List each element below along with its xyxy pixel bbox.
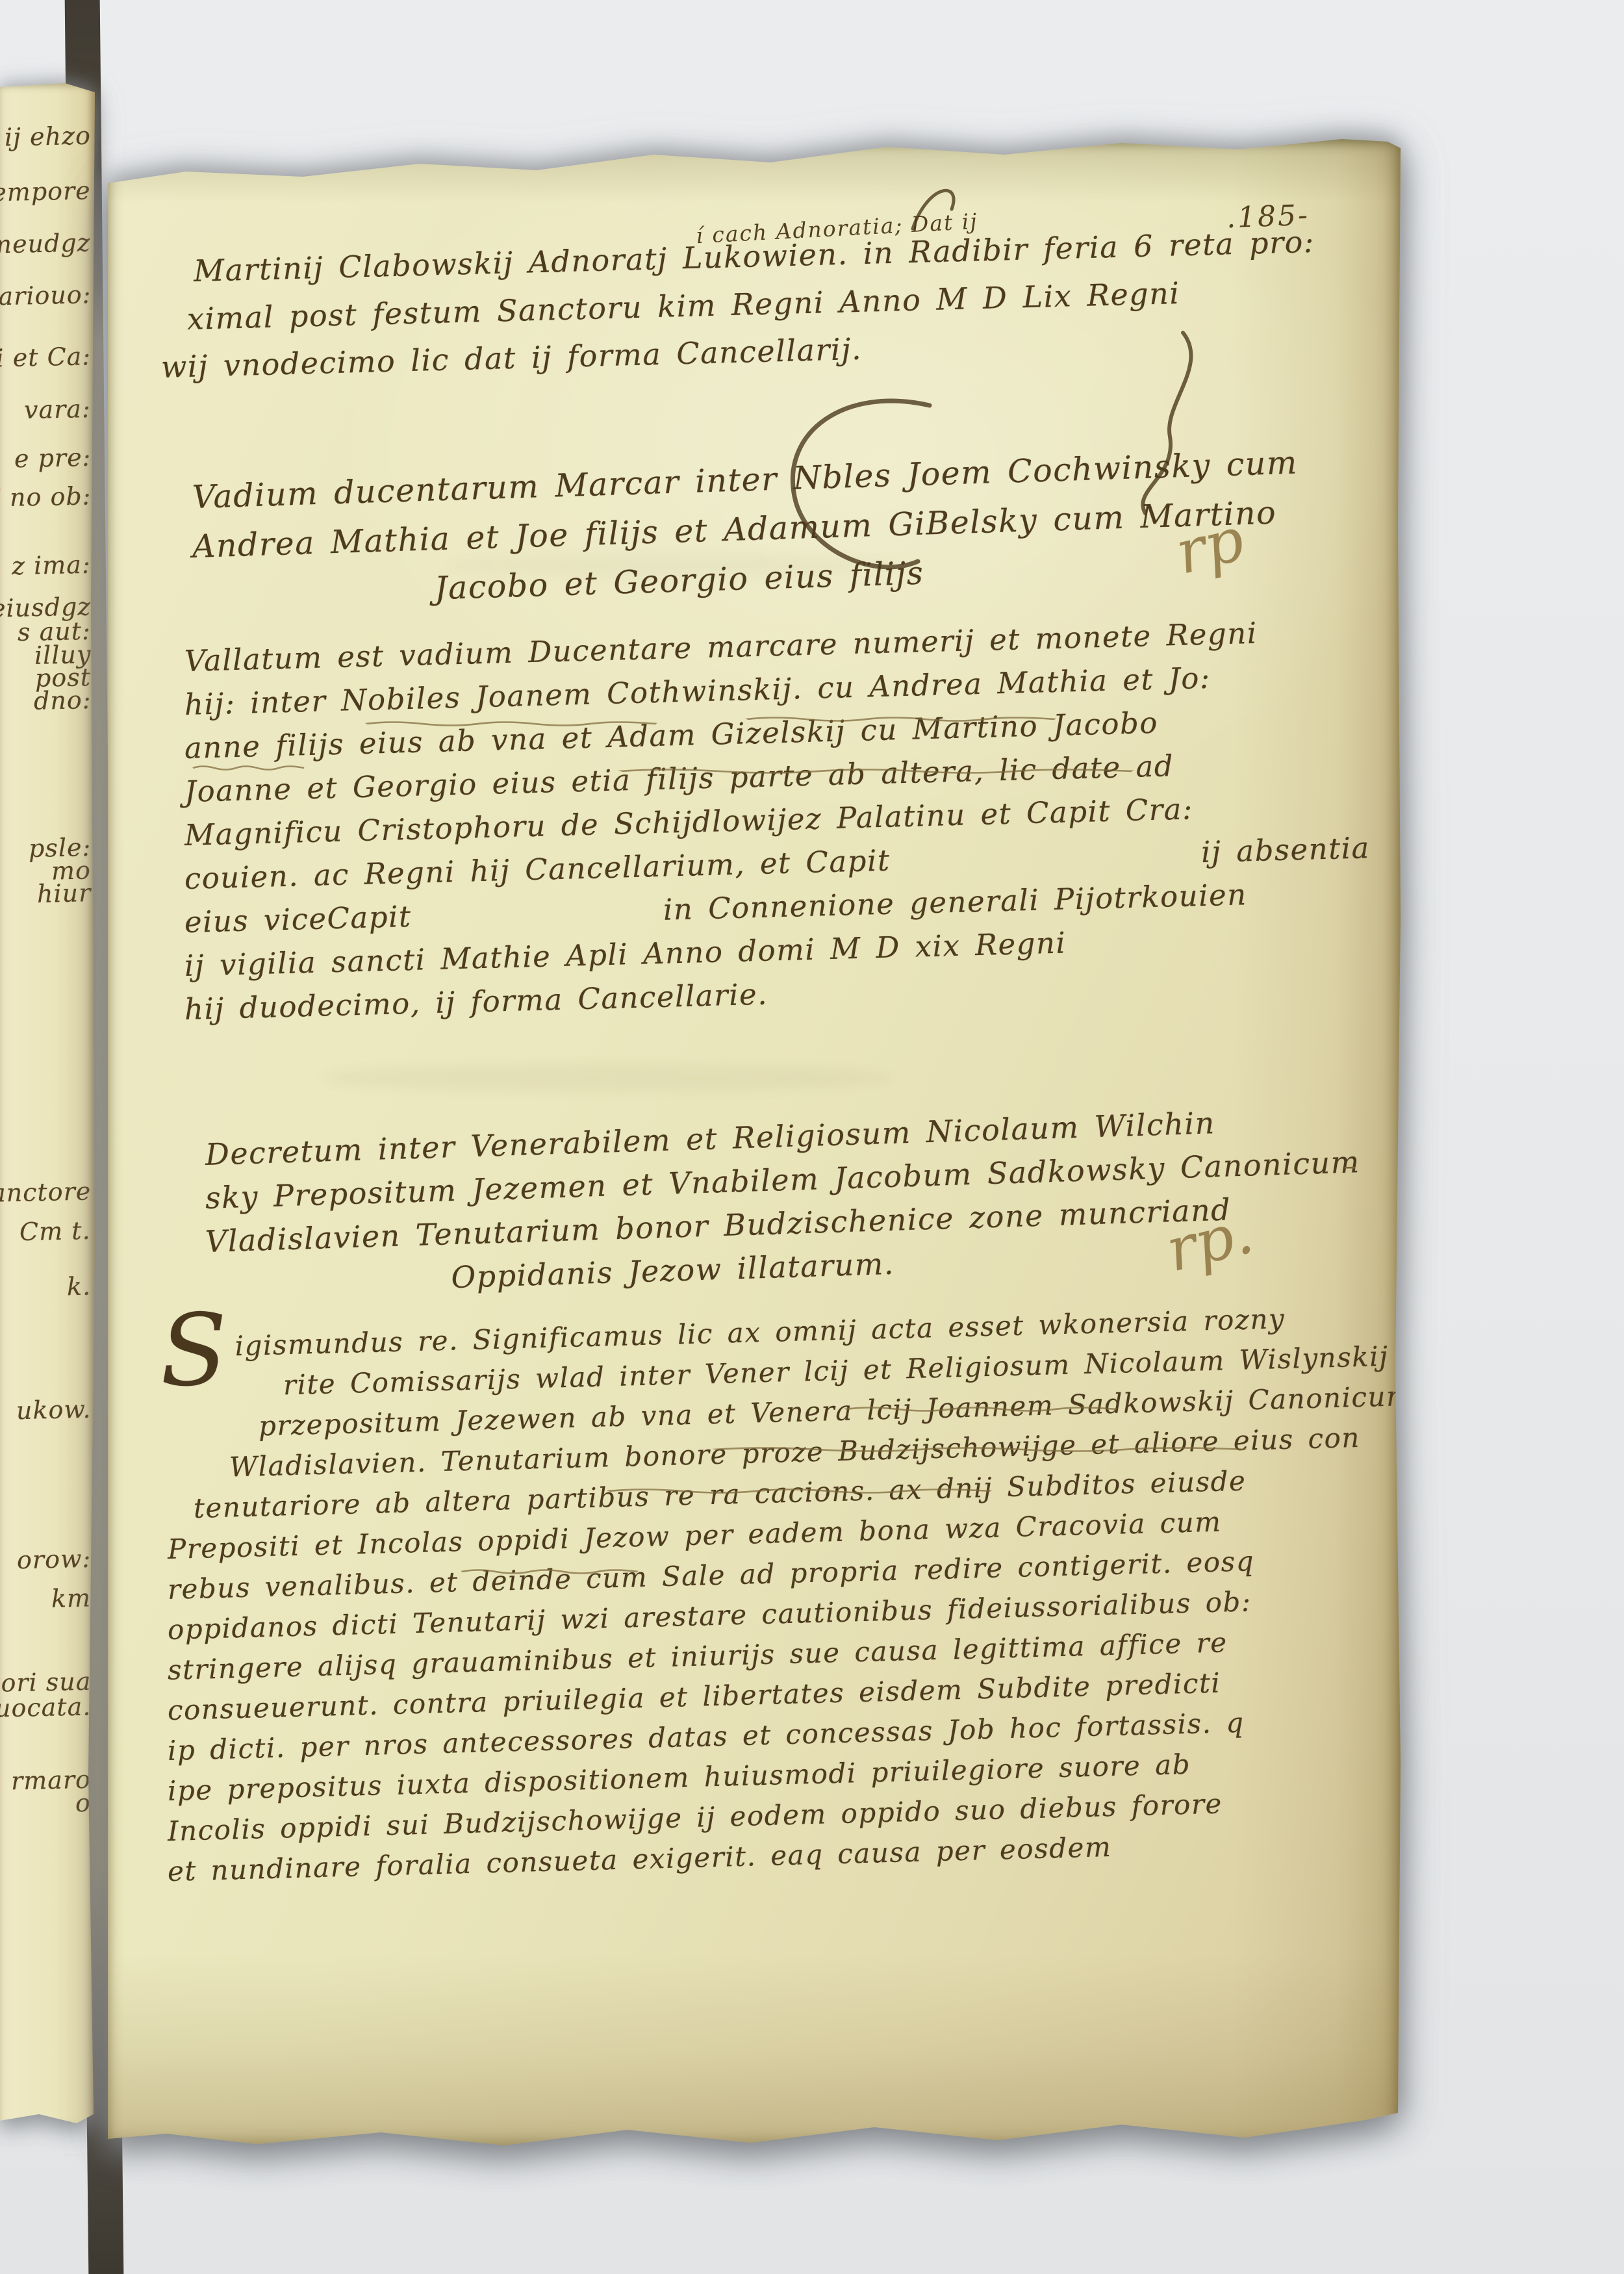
underline-decoration [841,1405,1126,1412]
left-page-fragment: z ima: [12,550,92,581]
left-page-fragment: dno: [33,685,91,715]
left-page-fragment: orow: [16,1544,91,1574]
left-page-edge: ij ehzo tempore meudgz nariouo: si et Ca… [0,83,95,2138]
left-page-fragment: ukow. [16,1395,91,1425]
left-page-fragment: anctore [0,1177,91,1207]
left-page-fragment: e pre: [14,443,91,473]
left-page-fragment: hiur [36,878,91,908]
left-page-fragment: meudgz [0,228,91,259]
left-page-fragment: o [75,1789,92,1817]
underline-decoration [361,719,666,727]
manuscript-page: .185- í cach Adnoratia; Dat ij Martinij … [108,138,1401,2149]
left-page-fragment: Cm t. [19,1216,91,1246]
left-page-fragment: ij ehzo [5,121,92,152]
underline-decoration [602,1487,1004,1494]
left-page-fragment: km [51,1583,91,1613]
underline-decoration [705,1445,1264,1453]
left-page-fragment: tempore [0,176,91,207]
left-page-fragment: uocata. [0,1692,91,1722]
underline-decoration [611,767,1150,774]
left-page-fragment: nariouo: [0,280,91,311]
underline-decoration [459,1567,644,1575]
underline-decoration [191,763,308,771]
underline-decoration [741,715,1066,722]
left-page-fragment: ij no ob: [0,481,91,512]
left-page-fragment: si et Ca: [0,342,91,372]
scanner-background: ij ehzo tempore meudgz nariouo: si et Ca… [0,0,1624,2274]
intro-entry-text: Martinij Clabowskij Adnoratj Lukowien. i… [194,247,1233,391]
left-page-fragment: vara: [24,394,92,424]
decretum-entry-heading: Decretum inter Venerabilem et Religiosum… [205,1133,1141,1307]
bleed-through [322,1064,894,1092]
vadium-entry-heading: Vadium ducentarum Marcar inter Nbles Joe… [192,473,1167,621]
margin-dash: – [1343,1151,1356,1181]
left-page-fragment: k. [66,1272,91,1301]
vadium-entry-body: Vallatum est vadium Ducentare marcare nu… [184,639,1250,1031]
decretum-entry-body: Sigismundus re. Significamus lic ax omni… [168,1328,1272,1892]
pen-flourish [905,175,976,234]
bleed-through [446,554,900,577]
